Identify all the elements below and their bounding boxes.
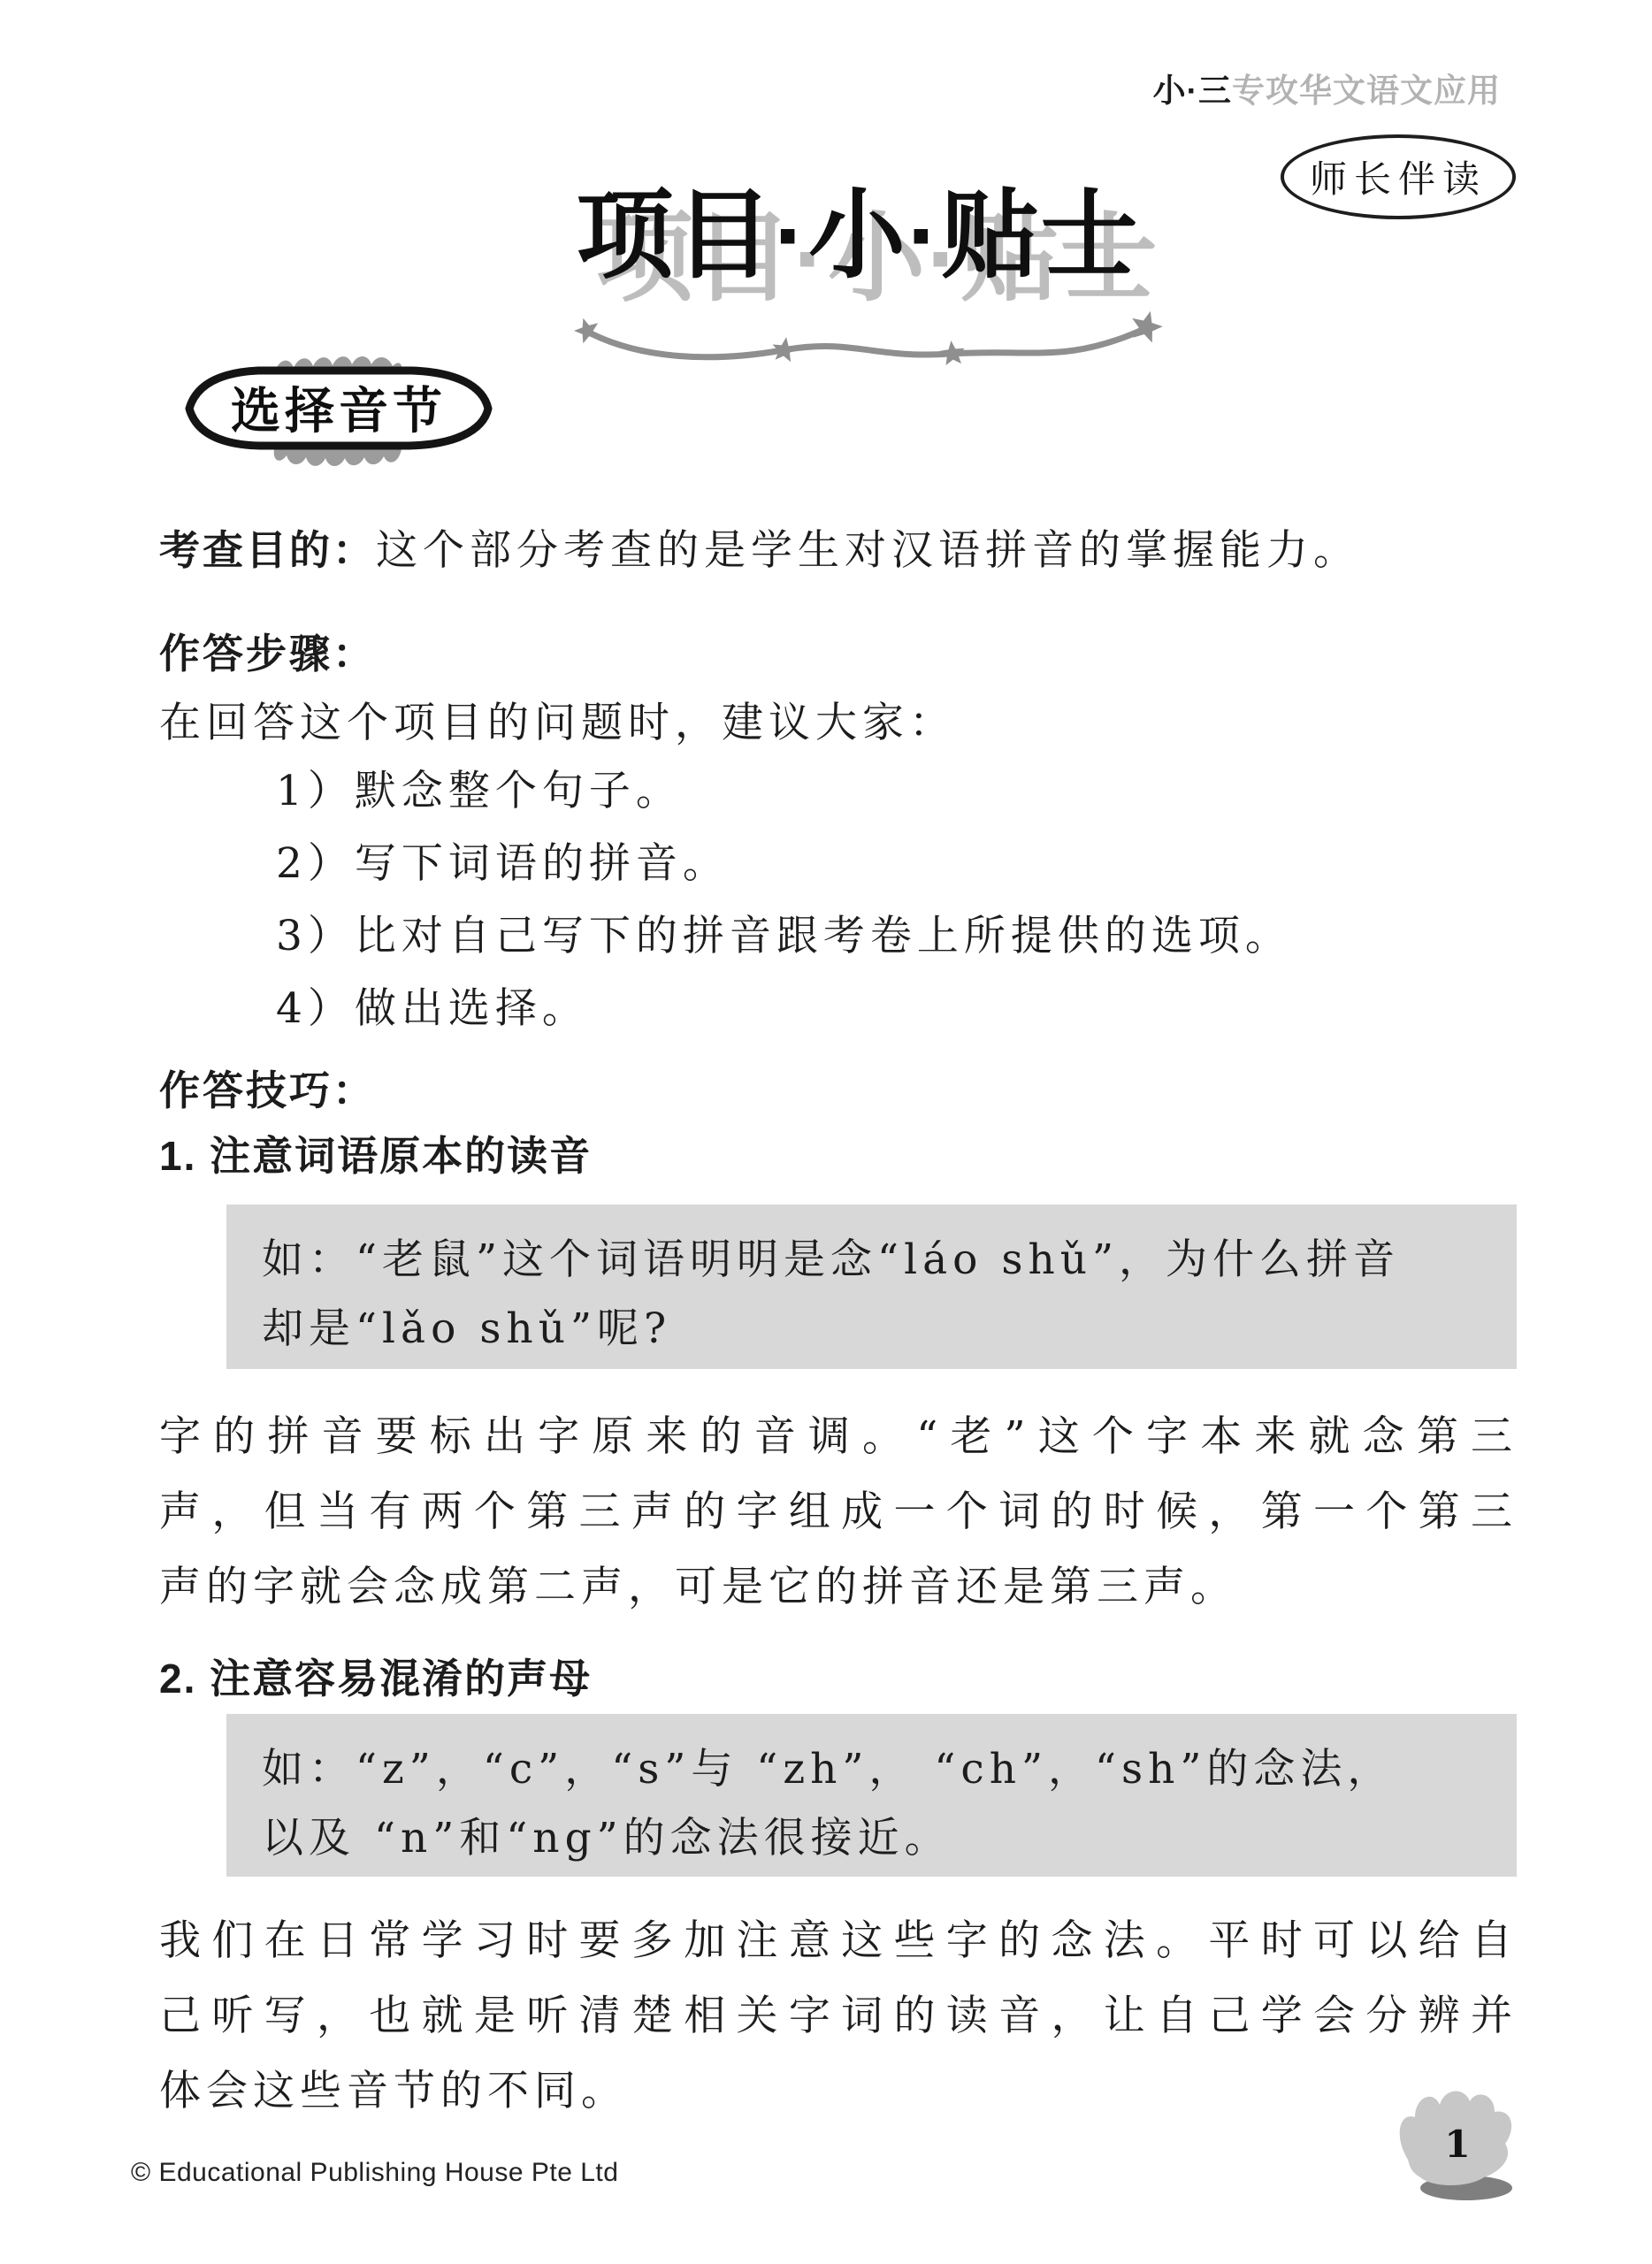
tips-label: 作答技巧： bbox=[159, 1059, 1518, 1117]
steps-label: 作答步骤： bbox=[159, 622, 1518, 680]
tip1-example-box: 如：“老鼠”这个词语明明是念“láo shǔ”，为什么拼音 却是“lǎo shǔ… bbox=[226, 1205, 1517, 1369]
tip1-body-line-2: 声，但当有两个第三声的字组成一个词的时候，第一个第三 bbox=[159, 1474, 1518, 1549]
section-header: 选择音节 bbox=[180, 350, 499, 474]
brand-series-text: 专攻华文语文应用 bbox=[1232, 73, 1501, 109]
tip2-example-line-2: 以及 “n”和“ng”的念法很接近。 bbox=[262, 1804, 1487, 1873]
title-underline-decoration bbox=[557, 310, 1167, 371]
tip1-heading: 1. 注意词语原本的读音 bbox=[159, 1124, 1518, 1182]
steps-intro: 在回答这个项目的问题时，建议大家： bbox=[159, 690, 1518, 749]
tip1-body-line-1: 字的拼音要标出字原来的音调。“老”这个字本来就念第三 bbox=[159, 1399, 1518, 1474]
star-icon bbox=[1128, 310, 1166, 344]
copyright-text: © Educational Publishing House Pte Ltd bbox=[131, 2158, 618, 2188]
tip2-body: 我们在日常学习时要多加注意这些字的念法。平时可以给自 己听写，也就是听清楚相关字… bbox=[159, 1903, 1518, 2129]
tip2-body-line-3: 体会这些音节的不同。 bbox=[159, 2054, 1518, 2129]
tip2-body-line-2: 己听写，也就是听清楚相关字词的读音，让自己学会分辨并 bbox=[159, 1978, 1518, 2054]
tip2-heading: 2. 注意容易混淆的声母 bbox=[159, 1647, 1518, 1705]
step-item-2: 2）写下词语的拼音。 bbox=[276, 830, 1634, 890]
tip1-example-line-1: 如：“老鼠”这个词语明明是念“láo shǔ”，为什么拼音 bbox=[262, 1226, 1487, 1295]
page-header-brand: 小·三专攻华文语文应用 bbox=[1153, 64, 1501, 111]
step-item-4: 4）做出选择。 bbox=[276, 975, 1634, 1035]
tip2-body-line-1: 我们在日常学习时要多加注意这些字的念法。平时可以给自 bbox=[159, 1903, 1518, 1978]
brand-level-text: 小·三 bbox=[1153, 73, 1232, 109]
tip1-body: 字的拼音要标出字原来的音调。“老”这个字本来就念第三 声，但当有两个第三声的字组… bbox=[159, 1399, 1518, 1625]
purpose-label: 考查目的： bbox=[159, 527, 376, 573]
page-number: 1 bbox=[1429, 2122, 1486, 2166]
star-icon bbox=[571, 314, 603, 345]
step-item-1: 1）默念整个句子。 bbox=[276, 758, 1634, 817]
section-bubble-label: 选择音节 bbox=[180, 361, 497, 455]
tip2-example-line-1: 如：“z”，“c”，“s”与 “zh”， “ch”，“sh”的念法， bbox=[262, 1735, 1487, 1804]
purpose-line: 考查目的：这个部分考查的是学生对汉语拼音的掌握能力。 bbox=[159, 517, 1518, 577]
tip1-body-line-3: 声的字就会念成第二声，可是它的拼音还是第三声。 bbox=[159, 1549, 1518, 1625]
step-item-3: 3）比对自己写下的拼音跟考卷上所提供的选项。 bbox=[276, 903, 1634, 962]
tip2-example-box: 如：“z”，“c”，“s”与 “zh”， “ch”，“sh”的念法， 以及 “n… bbox=[226, 1714, 1517, 1877]
tip1-example-line-2: 却是“lǎo shǔ”呢? bbox=[262, 1295, 1487, 1364]
purpose-text: 这个部分考查的是学生对汉语拼音的掌握能力。 bbox=[376, 526, 1360, 575]
reader-badge: 师长伴读 bbox=[1281, 134, 1516, 219]
